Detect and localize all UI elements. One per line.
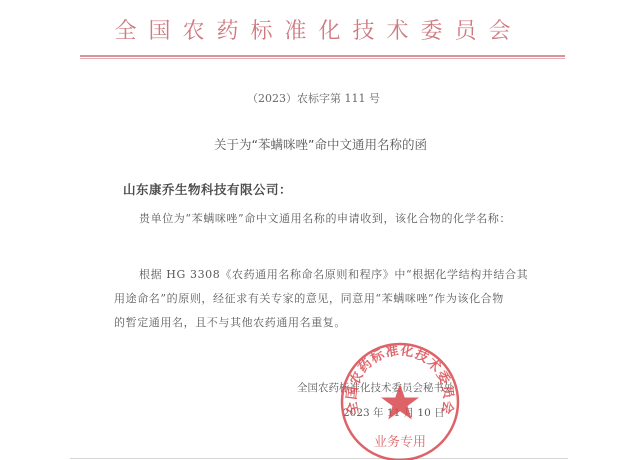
paragraph-approval-line-1: 根据 HG 3308《农药通用名称命名原则和程序》中“根据化学结构并结合其 [139,266,528,282]
official-seal: 全国农药标准化技术委员会 业务专用 [338,340,462,460]
seal-center-text: 业务专用 [374,434,426,450]
letter-title: 关于为“苯螨咪唑”命中文通用名称的函 [0,135,627,153]
organization-header: 全国农药标准化技术委员会 [0,14,627,45]
paragraph-approval-line-2: 用途命名”的原则，经征求有关专家的意见，同意用“苯螨咪唑”作为该化合物 [114,290,504,306]
addressee: 山东康乔生物科技有限公司： [123,180,292,198]
header-divider [80,55,565,59]
paragraph-approval-line-3: 的暂定通用名，且不与其他农药通用名重复。 [114,314,346,330]
paragraph-application-received: 贵单位为“苯螨咪唑”命中文通用名称的申请收到，该化合物的化学名称： [139,210,511,226]
bottom-divider [70,458,568,459]
document-number: （2023）农标字第 111 号 [0,90,627,106]
star-icon [381,384,419,420]
